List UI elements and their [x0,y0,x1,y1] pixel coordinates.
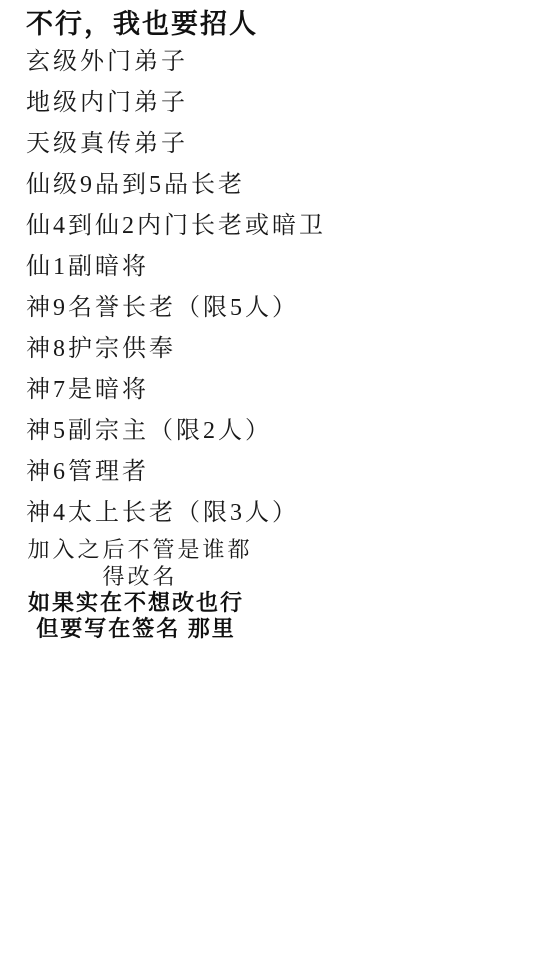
rank-line-dark-general: 神7是暗将 [26,370,326,411]
rank-line-honorary-elder: 神9名誉长老（限5人） [26,288,326,329]
rank-line-outer-disciple: 玄级外门弟子 [26,42,326,83]
note-title: 不行，我也要招人 [26,2,258,41]
rank-line-manager: 神6管理者 [26,452,326,493]
rank-line-true-disciple: 天级真传弟子 [26,124,326,165]
rank-line-inner-disciple: 地级内门弟子 [26,83,326,124]
note-signature-line1: 如果实在不想改也行 [14,590,258,616]
note-rename-line1: 加入之后不管是谁都 [20,536,260,563]
rank-list: 玄级外门弟子 地级内门弟子 天级真传弟子 仙级9品到5品长老 仙4到仙2内门长老… [26,42,326,534]
note-signature-rule: 如果实在不想改也行 但要写在签名 那里 [14,590,258,642]
rank-line-elder-9-5: 仙级9品到5品长老 [26,165,326,206]
rank-line-elder-or-guard: 仙4到仙2内门长老或暗卫 [26,206,326,247]
rank-line-vice-dark-general: 仙1副暗将 [26,247,326,288]
rank-line-vice-sect-master: 神5副宗主（限2人） [26,411,326,452]
note-signature-line2: 但要写在签名 那里 [14,616,258,642]
note-rename-rule: 加入之后不管是谁都 得改名 [20,536,260,590]
rank-line-supreme-elder: 神4太上长老（限3人） [26,493,326,534]
note-rename-line2: 得改名 [20,563,260,590]
rank-line-sect-protector: 神8护宗供奉 [26,329,326,370]
handwritten-recruitment-note: 不行，我也要招人 玄级外门弟子 地级内门弟子 天级真传弟子 仙级9品到5品长老 … [0,0,540,956]
